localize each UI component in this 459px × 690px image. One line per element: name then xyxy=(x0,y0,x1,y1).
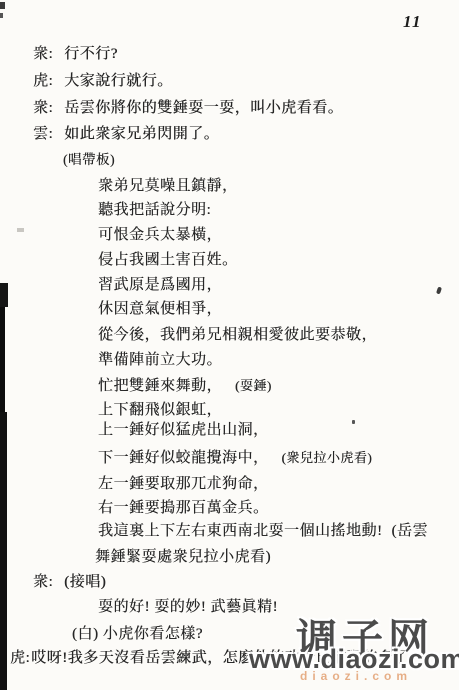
speaker-label: 衆: xyxy=(33,574,64,590)
page-number: 11 xyxy=(403,12,422,32)
line-text: 舞錘緊耍處衆兒拉小虎看) xyxy=(95,549,271,565)
scan-edge-artifact xyxy=(0,412,7,690)
line-text: 忙把雙錘來舞動， xyxy=(98,378,222,394)
scan-speck xyxy=(436,287,442,295)
dialogue-line: 虎:大家說行就行。 xyxy=(33,73,173,90)
dialogue-line: 衆:行不行? xyxy=(33,46,118,63)
line-text: 右一錘要搗那百萬金兵。 xyxy=(98,500,269,516)
scan-edge-artifact xyxy=(0,283,8,307)
line-text: (接唱) xyxy=(64,574,106,590)
line-text: 聽我把話說分明: xyxy=(98,202,211,218)
line-text: 下一錘好似蛟龍攪海中， xyxy=(98,450,269,466)
lyric-line: 侵占我國土害百姓。 xyxy=(98,252,238,269)
dialogue-line: 衆:岳雲你將你的雙錘耍一耍，叫小虎看看。 xyxy=(33,100,343,117)
scan-speck xyxy=(352,420,355,424)
dialogue-line: 衆:(接唱) xyxy=(33,574,106,591)
line-text: 如此衆家兄弟閃開了。 xyxy=(64,126,219,142)
line-text: (白) 小虎你看怎樣? xyxy=(72,626,203,642)
scan-speck xyxy=(0,13,3,18)
stage-direction-continuation: 舞錘緊耍處衆兒拉小虎看) xyxy=(95,549,271,566)
lyric-line: 右一錘要搗那百萬金兵。 xyxy=(98,500,269,517)
scan-speck xyxy=(17,228,24,232)
scanned-script-page: 11 衆:行不行? 虎:大家說行就行。 衆:岳雲你將你的雙錘耍一耍，叫小虎看看。… xyxy=(0,0,459,690)
speaker-label: 衆: xyxy=(33,46,64,62)
lyric-line: 忙把雙錘來舞動，(耍錘) xyxy=(98,377,272,395)
lyric-line: 習武原是爲國用， xyxy=(98,277,222,294)
lyric-line: 從今後，我們弟兄相親相愛彼此要恭敬， xyxy=(98,327,377,344)
line-text: 可恨金兵太暴橫， xyxy=(98,227,222,243)
direction-text: (唱帶板) xyxy=(63,152,115,167)
line-text: 岳雲你將你的雙錘耍一耍，叫小虎看看。 xyxy=(64,100,343,116)
speaker-label: 虎: xyxy=(10,650,31,666)
line-text: 我這裏上下左右東西南北耍一個山搖地動! xyxy=(98,523,383,539)
line-text: 衆弟兄莫噪且鎮靜， xyxy=(98,178,238,194)
line-text: 習武原是爲國用， xyxy=(98,277,222,293)
stage-note: (耍錘) xyxy=(235,378,272,393)
lyric-line: 耍的好! 耍的妙! 武藝眞精! xyxy=(98,599,278,616)
line-text: 從今後，我們弟兄相親相愛彼此要恭敬， xyxy=(98,327,377,343)
line-text: 準備陣前立大功。 xyxy=(98,352,222,368)
stage-direction: (白) 小虎你看怎樣? xyxy=(72,626,203,643)
line-text: 休因意氣便相爭， xyxy=(98,301,222,317)
line-text: 行不行? xyxy=(64,46,118,62)
speaker-label: 虎: xyxy=(33,73,64,89)
speaker-label: 雲: xyxy=(33,126,64,142)
lyric-line: 左一錘要取那兀朮狗命， xyxy=(98,476,269,493)
lyric-line: 準備陣前立大功。 xyxy=(98,352,222,369)
line-text: 上一錘好似猛虎出山洞， xyxy=(98,422,269,438)
lyric-line: 聽我把話說分明: xyxy=(98,202,211,219)
speaker-label: 衆: xyxy=(33,100,64,116)
line-text: 大家說行就行。 xyxy=(64,73,173,89)
line-text: 左一錘要取那兀朮狗命， xyxy=(98,476,269,492)
line-text: 耍的好! 耍的妙! 武藝眞精! xyxy=(98,599,278,615)
lyric-line: 我這裏上下左右東西南北耍一個山搖地動!(岳雲 xyxy=(98,523,428,540)
lyric-line: 衆弟兄莫噪且鎮靜， xyxy=(98,178,238,195)
stage-direction: (唱帶板) xyxy=(63,151,115,168)
watermark-echo: diaozi.com xyxy=(300,669,412,683)
line-text: 上下翻飛似銀虹， xyxy=(98,402,222,418)
lyric-line: 下一錘好似蛟龍攪海中，(衆兒拉小虎看) xyxy=(98,449,372,467)
lyric-line: 上一錘好似猛虎出山洞， xyxy=(98,422,269,439)
lyric-line: 上下翻飛似銀虹， xyxy=(98,402,222,419)
stage-note: (衆兒拉小虎看) xyxy=(282,450,373,465)
lyric-line: 休因意氣便相爭， xyxy=(98,301,222,318)
dialogue-line: 雲:如此衆家兄弟閃開了。 xyxy=(33,126,219,143)
line-text: 侵占我國土害百姓。 xyxy=(98,252,238,268)
lyric-line: 可恨金兵太暴橫， xyxy=(98,227,222,244)
stage-note: (岳雲 xyxy=(392,523,429,539)
scan-speck xyxy=(0,2,5,9)
